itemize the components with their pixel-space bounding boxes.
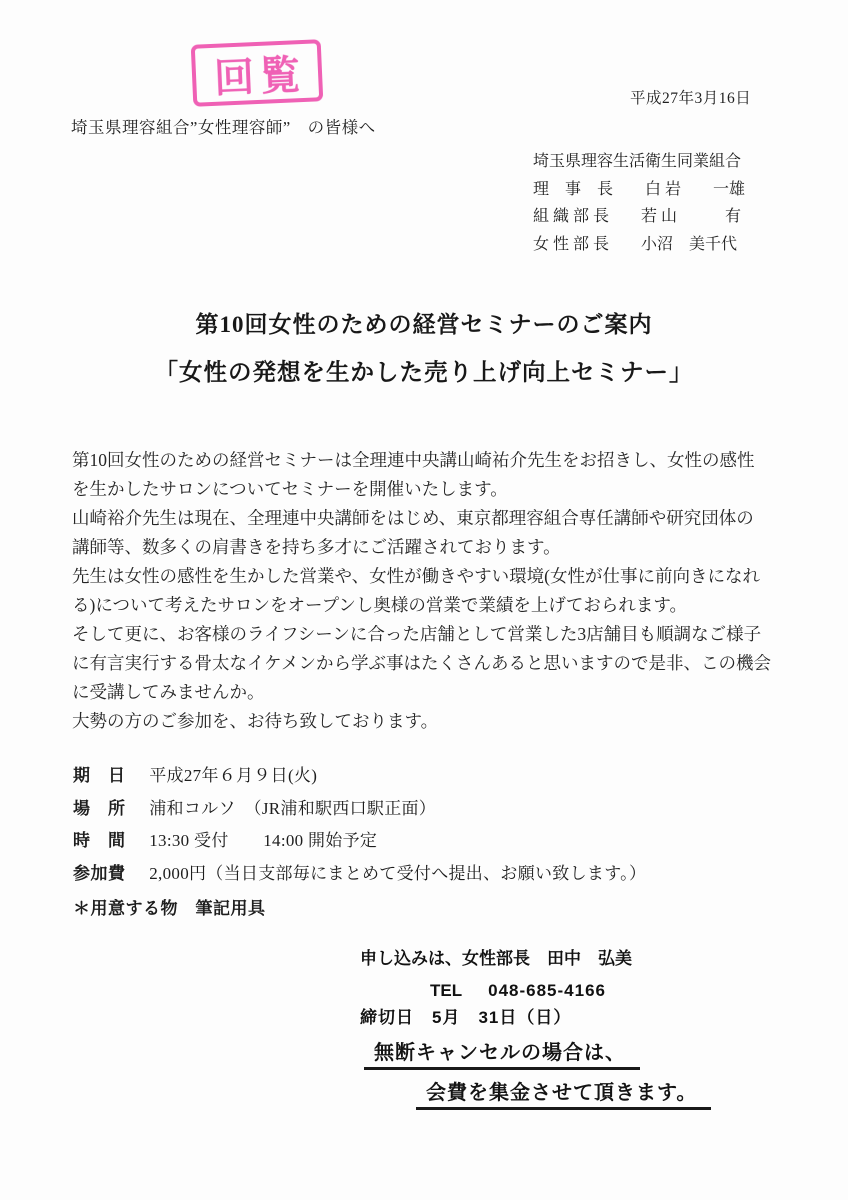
addressee-line: 埼玉県理容組合”女性理容師” の皆様へ <box>71 114 376 138</box>
seminar-title: 第10回女性のための経営セミナーのご案内 <box>0 306 848 339</box>
circulation-stamp: 回覧 <box>191 39 324 107</box>
contact-person: 申し込みは、女性部長 田中 弘美 <box>360 946 632 972</box>
preparation-note: ＊用意する物 筆記用具 <box>73 894 266 919</box>
body-line: に受講してみませんか。 <box>72 678 802 707</box>
tel-number: 048-685-4166 <box>488 981 606 1000</box>
contact-phone: TEL048-685-4166 <box>360 978 632 1004</box>
tel-label: TEL <box>430 981 462 1000</box>
detail-label: 期 日 <box>73 760 145 793</box>
detail-row-place: 場 所 浦和コルソ （JR浦和駅西口駅正面） <box>73 793 646 826</box>
body-line: を生かしたサロンについてセミナーを開催いたします。 <box>72 475 802 504</box>
detail-label: 場 所 <box>73 793 145 826</box>
detail-value: 13:30 受付 14:00 開始予定 <box>149 831 377 850</box>
detail-row-fee: 参加費 2,000円（当日支部毎にまとめて受付へ提出、お願い致します。） <box>73 858 646 891</box>
sender-org: 埼玉県理容生活衛生同業組合 <box>533 148 745 176</box>
document-page: 回覧 平成27年3月16日 埼玉県理容組合”女性理容師” の皆様へ 埼玉県理容生… <box>0 0 848 1200</box>
body-line: に有言実行する骨太なイケメンから学ぶ事はたくさんあると思いますので是非、この機会 <box>72 649 802 678</box>
seminar-subtitle: 「女性の発想を生かした売り上げ向上セミナー」 <box>0 353 848 387</box>
warning-line: 会費を集金させて頂きます。 <box>416 1076 711 1110</box>
body-line: 講師等、数多くの肩書きを持ち多才にご活躍されております。 <box>72 533 802 562</box>
body-line: 大勢の方のご参加を、お待ち致しております。 <box>72 707 802 736</box>
document-date: 平成27年3月16日 <box>630 86 751 108</box>
deadline-line: 締切日 5月 31日（日） <box>360 1005 632 1031</box>
body-line: 山崎裕介先生は現在、全理連中央講師をはじめ、東京都理容組合専任講師や研究団体の <box>72 504 802 533</box>
sender-officer: 理 事 長 白 岩 一雄 <box>533 176 745 204</box>
warning-text: 会費を集金させて頂きます。 <box>416 1076 711 1110</box>
sender-officer: 女 性 部 長 小沼 美千代 <box>533 231 745 259</box>
body-text: 第10回女性のための経営セミナーは全理連中央講山崎祐介先生をお招きし、女性の感性… <box>72 446 802 736</box>
detail-value: 浦和コルソ （JR浦和駅西口駅正面） <box>149 799 436 818</box>
detail-value: 平成27年６月９日(火) <box>149 766 317 785</box>
sender-block: 埼玉県理容生活衛生同業組合 理 事 長 白 岩 一雄 組 織 部 長 若 山 有… <box>533 148 745 258</box>
cancellation-warning: 無断キャンセルの場合は、 会費を集金させて頂きます。 <box>364 1036 711 1110</box>
body-line: 第10回女性のための経営セミナーは全理連中央講山崎祐介先生をお招きし、女性の感性 <box>72 446 802 475</box>
detail-row-date: 期 日 平成27年６月９日(火) <box>73 760 646 793</box>
warning-text: 無断キャンセルの場合は、 <box>364 1036 640 1070</box>
detail-label: 参加費 <box>73 858 145 891</box>
detail-label: 時 間 <box>73 825 145 858</box>
detail-row-time: 時 間 13:30 受付 14:00 開始予定 <box>73 825 646 858</box>
warning-line: 無断キャンセルの場合は、 <box>364 1036 711 1070</box>
event-details: 期 日 平成27年６月９日(火) 場 所 浦和コルソ （JR浦和駅西口駅正面） … <box>73 760 646 890</box>
body-line: そして更に、お客様のライフシーンに合った店舗として営業した3店舗目も順調なご様子 <box>72 620 802 649</box>
detail-value: 2,000円（当日支部毎にまとめて受付へ提出、お願い致します。） <box>149 864 646 883</box>
sender-officer: 組 織 部 長 若 山 有 <box>533 203 745 231</box>
stamp-label: 回覧 <box>213 42 307 103</box>
body-line: 先生は女性の感性を生かした営業や、女性が働きやすい環境(女性が仕事に前向きになれ <box>72 562 802 591</box>
body-line: る)について考えたサロンをオープンし奥様の営業で業績を上げておられます。 <box>72 591 802 620</box>
contact-block: 申し込みは、女性部長 田中 弘美 TEL048-685-4166 締切日 5月 … <box>360 946 632 1031</box>
